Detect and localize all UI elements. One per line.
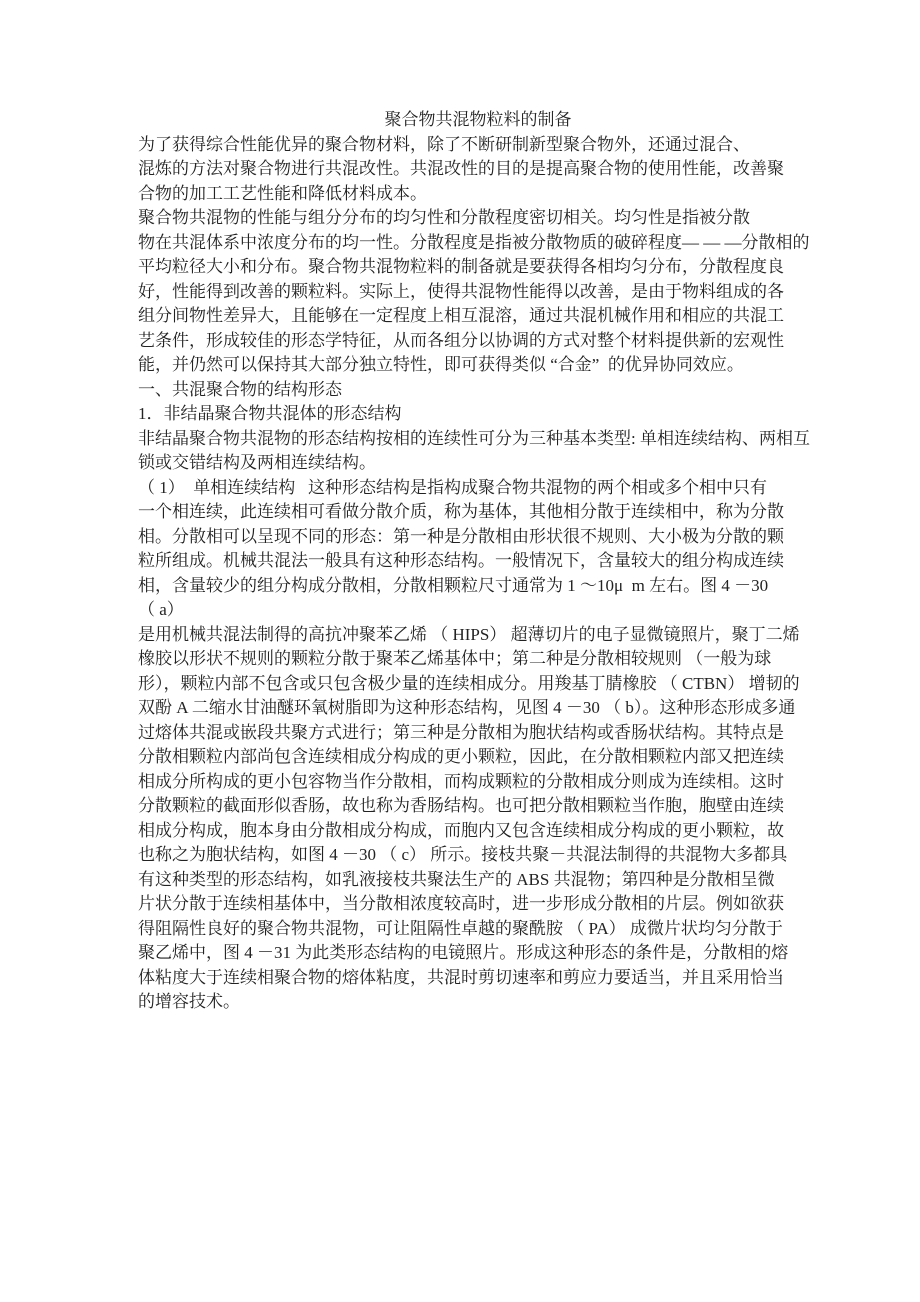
text-line: 一个相连续，此连续相可看做分散介质，称为基体，其他相分散于连续相中，称为分散 bbox=[138, 500, 818, 525]
text-line: 聚乙烯中，图 4 －31 为此类形态结构的电镜照片。形成这种形态的条件是，分散相… bbox=[138, 941, 818, 966]
text-line: 艺条件，形成较佳的形态学特征，从而各组分以协调的方式对整个材料提供新的宏观性 bbox=[138, 329, 818, 354]
text-line: 相成分构成，胞本身由分散相成分构成，而胞内又包含连续相成分构成的更小颗粒，故 bbox=[138, 819, 818, 844]
text-line: 聚合物共混物的性能与组分分布的均匀性和分散程度密切相关。均匀性是指被分散 bbox=[138, 206, 818, 231]
text-line: 过熔体共混或嵌段共聚方式进行；第三种是分散相为胞状结构或香肠状结构。其特点是 bbox=[138, 721, 818, 746]
text-line: 粒所组成。机械共混法一般具有这种形态结构。一般情况下，含量较大的组分构成连续 bbox=[138, 549, 818, 574]
text-line: 是用机械共混法制得的高抗冲聚苯乙烯 （ HIPS） 超薄切片的电子显微镜照片，聚… bbox=[138, 623, 818, 648]
text-line: 双酚 A 二缩水甘油醚环氧树脂即为这种形态结构，见图 4 －30 （ b）。这种… bbox=[138, 696, 818, 721]
text-line: 体粘度大于连续相聚合物的熔体粘度，共混时剪切速率和剪应力要适当，并且采用恰当 bbox=[138, 966, 818, 991]
text-line: 片状分散于连续相基体中，当分散相浓度较高时，进一步形成分散相的片层。例如欲获 bbox=[138, 892, 818, 917]
section-heading: 一、共混聚合物的结构形态 bbox=[138, 378, 818, 403]
text-line: 的增容技术。 bbox=[138, 990, 818, 1015]
text-line: 分散颗粒的截面形似香肠，故也称为香肠结构。也可把分散相颗粒当作胞，胞壁由连续 bbox=[138, 794, 818, 819]
text-line: 也称之为胞状结构，如图 4 －30 （ c） 所示。接枝共聚－共混法制得的共混物… bbox=[138, 843, 818, 868]
text-line: 好，性能得到改善的颗粒料。实际上，使得共混物性能得以改善，是由于物料组成的各 bbox=[138, 280, 818, 305]
text-line: （ a） bbox=[138, 598, 818, 623]
text-line: 能，并仍然可以保持其大部分独立特性，即可获得类似 “合金” 的优异协同效应。 bbox=[138, 353, 818, 378]
text-line: 得阻隔性良好的聚合物共混物，可让阻隔性卓越的聚酰胺 （ PA） 成微片状均匀分散… bbox=[138, 917, 818, 942]
text-line: 形），颗粒内部不包含或只包含极少量的连续相成分。用羧基丁腈橡胶 （ CTBN） … bbox=[138, 672, 818, 697]
text-line: （ 1） 单相连续结构 这种形态结构是指构成聚合物共混物的两个相或多个相中只有 bbox=[138, 476, 818, 501]
text-line: 有这种类型的形态结构，如乳液接枝共聚法生产的 ABS 共混物；第四种是分散相呈微 bbox=[138, 868, 818, 893]
text-line: 物在共混体系中浓度分布的均一性。分散程度是指被分散物质的破碎程度— — —分散相… bbox=[138, 231, 818, 256]
text-line: 相成分所构成的更小包容物当作分散相，而构成颗粒的分散相成分则成为连续相。这时 bbox=[138, 770, 818, 795]
document-title: 聚合物共混物粒料的制备 bbox=[138, 108, 818, 133]
text-line: 为了获得综合性能优异的聚合物材料，除了不断研制新型聚合物外，还通过混合、 bbox=[138, 133, 818, 158]
text-line: 非结晶聚合物共混物的形态结构按相的连续性可分为三种基本类型: 单相连续结构、两相… bbox=[138, 427, 818, 452]
text-line: 合物的加工工艺性能和降低材料成本。 bbox=[138, 182, 818, 207]
text-line: 组分间物性差异大，且能够在一定程度上相互混溶，通过共混机械作用和相应的共混工 bbox=[138, 304, 818, 329]
document-content: 聚合物共混物粒料的制备 为了获得综合性能优异的聚合物材料，除了不断研制新型聚合物… bbox=[138, 108, 818, 1015]
text-line: 相。分散相可以呈现不同的形态：第一种是分散相由形状很不规则、大小极为分散的颗 bbox=[138, 525, 818, 550]
text-line: 锁或交错结构及两相连续结构。 bbox=[138, 451, 818, 476]
text-line: 平均粒径大小和分布。聚合物共混物粒料的制备就是要获得各相均匀分布，分散程度良 bbox=[138, 255, 818, 280]
document-page: 聚合物共混物粒料的制备 为了获得综合性能优异的聚合物材料，除了不断研制新型聚合物… bbox=[0, 0, 920, 1302]
subsection-heading: 1．非结晶聚合物共混体的形态结构 bbox=[138, 402, 818, 427]
text-line: 橡胶以形状不规则的颗粒分散于聚苯乙烯基体中；第二种是分散相较规则 （一般为球 bbox=[138, 647, 818, 672]
text-line: 混炼的方法对聚合物进行共混改性。共混改性的目的是提高聚合物的使用性能，改善聚 bbox=[138, 157, 818, 182]
text-line: 相，含量较少的组分构成分散相，分散相颗粒尺寸通常为 1 ～10μ m 左右。图 … bbox=[138, 574, 818, 599]
text-line: 分散相颗粒内部尚包含连续相成分构成的更小颗粒，因此，在分散相颗粒内部又把连续 bbox=[138, 745, 818, 770]
